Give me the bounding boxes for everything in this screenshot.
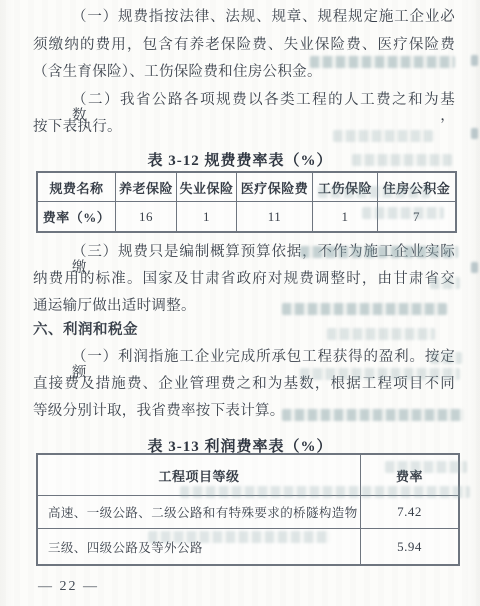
- fee-rate-table: 规费名称 养老保险 失业保险 医疗保险费 工伤保险 住房公积金 费率（%） 16…: [36, 171, 457, 233]
- paragraph-line: （一）规费指按法律、法规、规章、规程规定施工企业必: [72, 9, 455, 25]
- bleedthrough-mark: [333, 130, 433, 142]
- bleedthrough-mark: [300, 368, 460, 380]
- table-header-cell: 规费名称: [38, 173, 115, 201]
- bleedthrough-mark: [471, 262, 478, 273]
- paragraph-line: 纳费用的标准。国家及甘肃省政府对规费调整时，由甘肃省交: [33, 271, 455, 287]
- bleedthrough-mark: [318, 186, 430, 198]
- bleedthrough-mark: [310, 56, 455, 68]
- bleedthrough-mark: [471, 128, 478, 139]
- table-cell: 16: [115, 201, 176, 231]
- page-number: — 22 —: [38, 579, 99, 595]
- table-cell: 1: [176, 201, 236, 231]
- bleedthrough-mark: [327, 328, 435, 340]
- bleedthrough-mark: [430, 352, 462, 364]
- bleedthrough-mark: [148, 531, 330, 543]
- bleedthrough-mark: [471, 55, 478, 66]
- bleedthrough-mark: [282, 303, 447, 315]
- document-page: （一）规费指按法律、法规、规章、规程规定施工企业必 须缴纳的费用，包含有养老保险…: [0, 0, 480, 606]
- bleedthrough-mark: [282, 409, 464, 421]
- table-header-cell: 养老保险: [115, 173, 176, 201]
- paragraph-line: 须缴纳的费用，包含有养老保险费、失业保险费、医疗保险费: [33, 37, 455, 53]
- table-cell-rate: 5.94: [360, 528, 458, 564]
- table-cell-grade: 高速、一级公路、二级公路和有特殊要求的桥隧构造物: [38, 495, 360, 528]
- bleedthrough-mark: [300, 246, 458, 258]
- bleedthrough-mark: [430, 277, 460, 289]
- bleedthrough-mark: [362, 207, 444, 219]
- bleedthrough-mark: [385, 461, 467, 473]
- table-row: 高速、一级公路、二级公路和有特殊要求的桥隧构造物 7.42: [38, 495, 458, 528]
- table-cell-rate: 7.42: [360, 495, 458, 528]
- table-header-cell: 失业保险: [176, 173, 236, 201]
- table-cell: 11: [236, 201, 312, 231]
- table-header-cell: 医疗保险费: [236, 173, 312, 201]
- table-row-label: 费率（%）: [38, 201, 115, 231]
- bleedthrough-mark: [180, 486, 470, 498]
- bleedthrough-mark: [352, 154, 452, 166]
